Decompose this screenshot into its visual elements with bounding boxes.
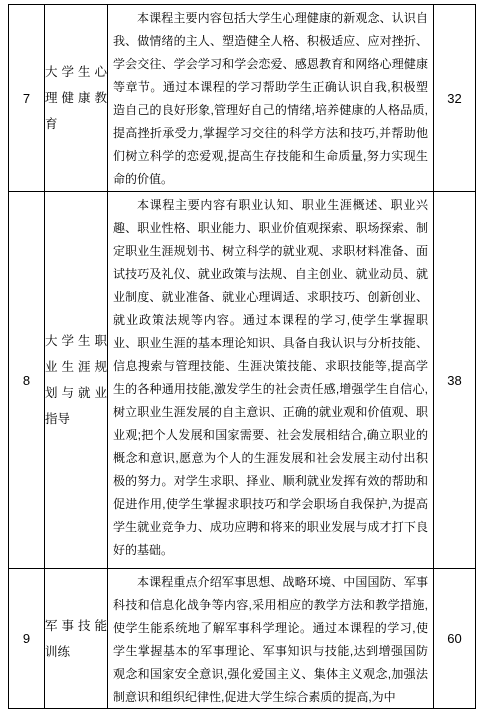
row-number-cell: 9 (9, 569, 45, 709)
table-row: 7 大学生心理健康教育 本课程主要内容包括大学生心理健康的新观念、认识自我、做情… (9, 5, 476, 192)
course-description-cell: 本课程主要内容包括大学生心理健康的新观念、认识自我、做情绪的主人、塑造健全人格、… (108, 5, 434, 192)
course-description-cell: 本课程主要内容有职业认知、职业生涯概述、职业兴趣、职业性格、职业能力、职业价值观… (108, 192, 434, 569)
table-row: 9 军事技能训练 本课程重点介绍军事思想、战略环境、中国国防、军事科技和信息化战… (9, 569, 476, 709)
course-name-cell: 大学生心理健康教育 (45, 5, 108, 192)
course-name: 军事技能训练 (45, 613, 107, 665)
course-description-cell: 本课程重点介绍军事思想、战略环境、中国国防、军事科技和信息化战争等内容,采用相应… (108, 569, 434, 709)
course-description: 本课程重点介绍军事思想、战略环境、中国国防、军事科技和信息化战争等内容,采用相应… (108, 569, 433, 708)
course-hours-cell: 60 (434, 569, 476, 709)
row-number-cell: 8 (9, 192, 45, 569)
course-name: 大学生心理健康教育 (45, 59, 107, 137)
course-hours-cell: 32 (434, 5, 476, 192)
table-row: 8 大学生职业生涯规划与就业指导 本课程主要内容有职业认知、职业生涯概述、职业兴… (9, 192, 476, 569)
course-table: 7 大学生心理健康教育 本课程主要内容包括大学生心理健康的新观念、认识自我、做情… (8, 4, 476, 709)
course-hours-cell: 38 (434, 192, 476, 569)
course-description: 本课程主要内容有职业认知、职业生涯概述、职业兴趣、职业性格、职业能力、职业价值观… (108, 192, 433, 568)
row-number-cell: 7 (9, 5, 45, 192)
course-name: 大学生职业生涯规划与就业指导 (45, 328, 107, 432)
document-page: 7 大学生心理健康教育 本课程主要内容包括大学生心理健康的新观念、认识自我、做情… (0, 0, 480, 713)
course-name-cell: 大学生职业生涯规划与就业指导 (45, 192, 108, 569)
course-description: 本课程主要内容包括大学生心理健康的新观念、认识自我、做情绪的主人、塑造健全人格、… (108, 5, 433, 191)
course-name-cell: 军事技能训练 (45, 569, 108, 709)
